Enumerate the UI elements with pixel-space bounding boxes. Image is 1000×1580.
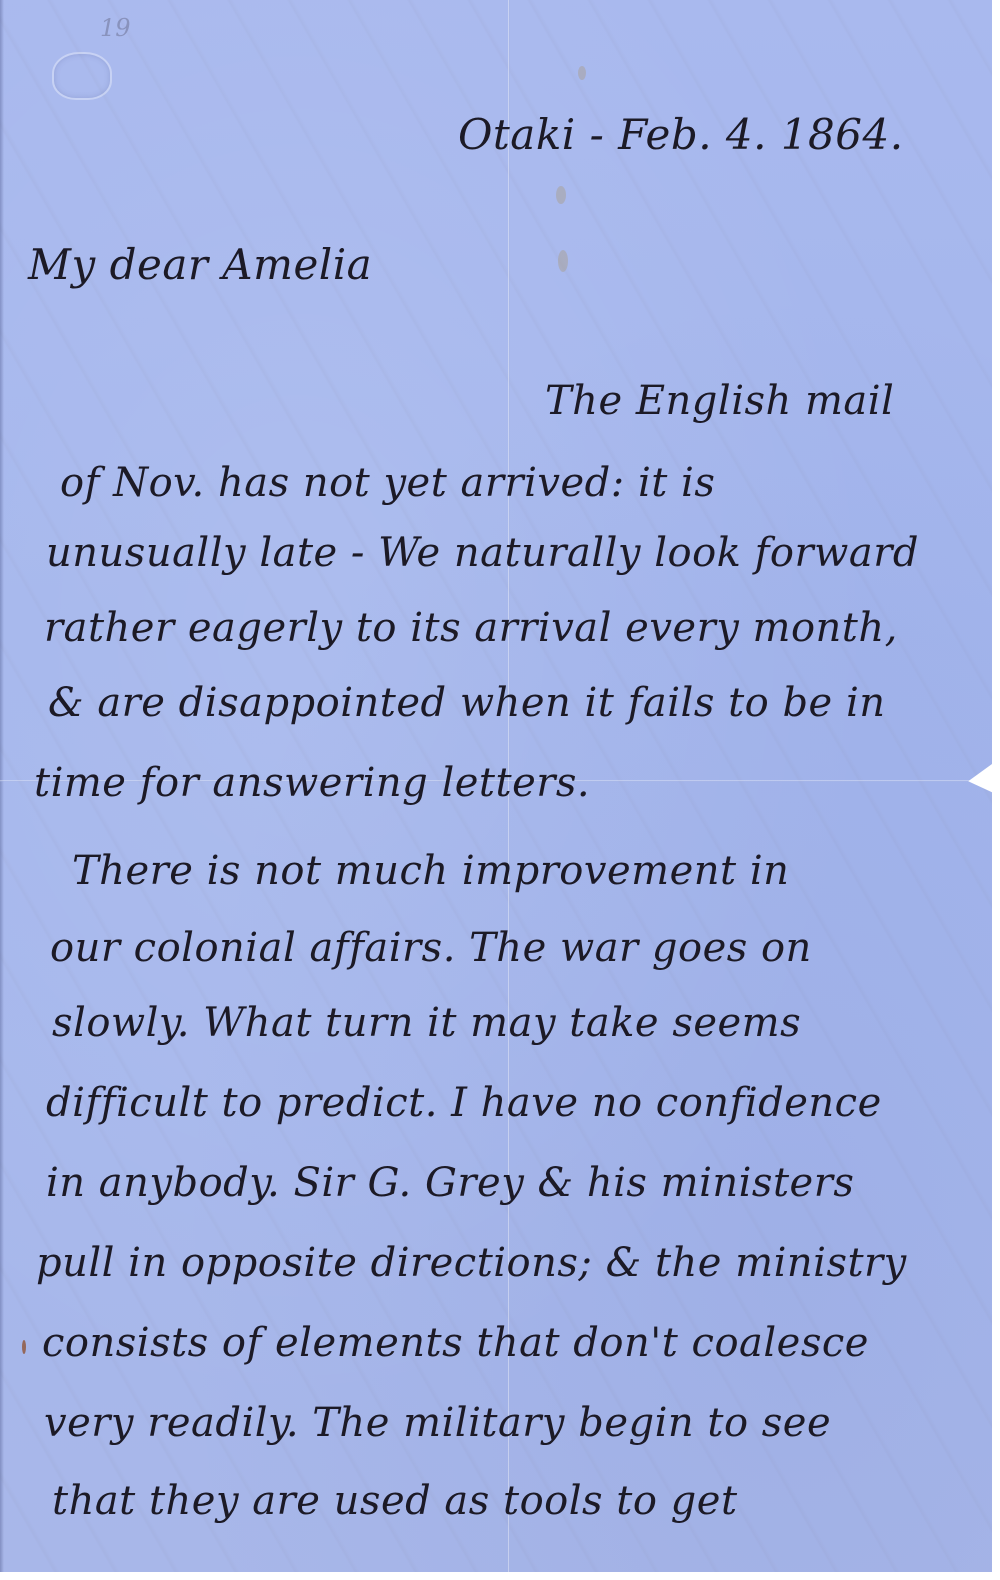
letter-line: pull in opposite directions; & the minis… [36,1240,907,1286]
foxing-stain [556,186,566,204]
paper-edge-shadow [0,0,4,1572]
letter-line: our colonial affairs. The war goes on [50,925,812,971]
foxing-stain [558,250,568,272]
letter-line: in anybody. Sir G. Grey & his ministers [46,1160,854,1206]
letter-dateline: Otaki - Feb. 4. 1864. [458,110,904,159]
pencil-annotation: 19 [100,14,131,42]
letter-line: The English mail [545,378,894,424]
letter-line: of Nov. has not yet arrived: it is [60,460,715,506]
letter-salutation: My dear Amelia [28,240,372,289]
letter-line: consists of elements that don't coalesce [42,1320,869,1366]
letter-line: & are disappointed when it fails to be i… [48,680,886,726]
letter-line: unusually late - We naturally look forwa… [46,530,919,576]
embossed-stamp-icon [52,52,112,100]
letter-sheet: 19 Otaki - Feb. 4. 1864. My dear Amelia … [0,0,992,1572]
foxing-stain [22,1340,26,1354]
letter-line: rather eagerly to its arrival every mont… [44,605,898,651]
letter-line: There is not much improvement in [72,848,789,894]
letter-line: slowly. What turn it may take seems [52,1000,801,1046]
letter-line: difficult to predict. I have no confiden… [46,1080,882,1126]
foxing-stain [578,66,586,80]
letter-line: very readily. The military begin to see [44,1400,831,1446]
letter-line: that they are used as tools to get [52,1478,738,1524]
letter-line: time for answering letters. [34,760,590,806]
